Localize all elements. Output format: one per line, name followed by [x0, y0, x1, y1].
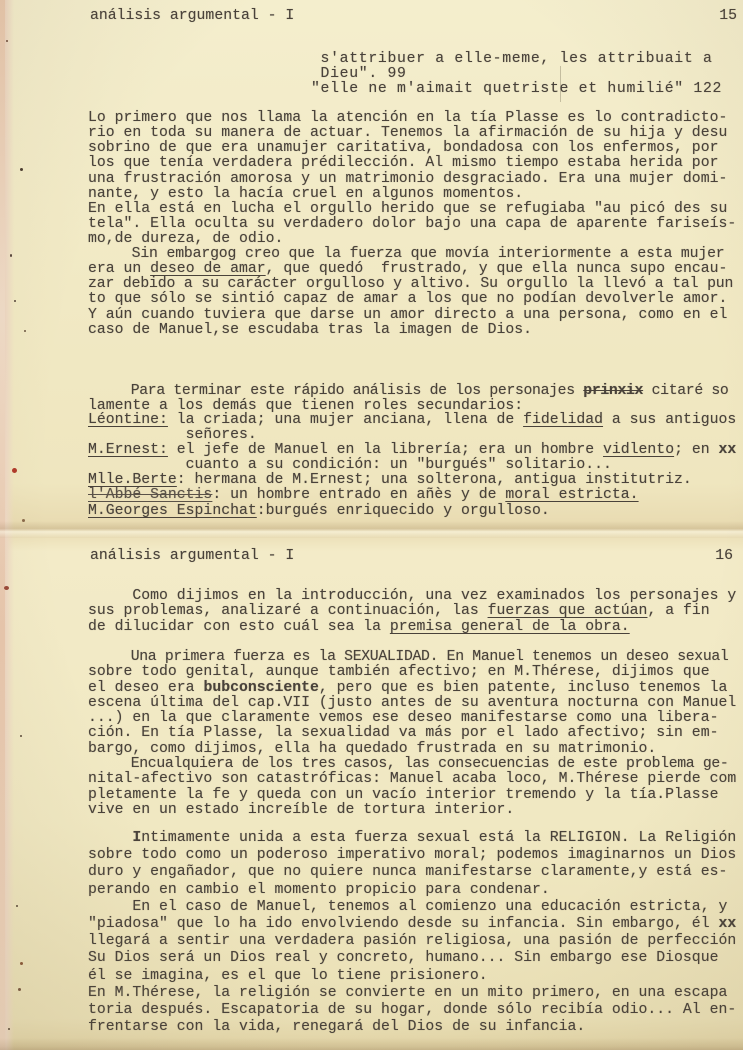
text-line: M.Georges Espinchat:burgués enriquecido …: [88, 504, 550, 519]
text-segment: [88, 830, 132, 846]
text-segment: sobrino de que era unamujer caritativa, …: [88, 140, 718, 156]
text-line: señores.: [88, 428, 736, 443]
text-segment: : un hombre entrado en añès y de: [212, 487, 505, 503]
text-segment: Sin embargog creo que la fuerza que moví…: [88, 246, 725, 262]
text-line: Una primera fuerza es la SEXUALIDAD. En …: [88, 650, 736, 665]
text-line: Intimamente unida a esta fuerza sexual e…: [88, 830, 736, 847]
text-line: "piadosa" que lo ha ido envolviendo desd…: [88, 916, 736, 933]
text-line: En M.Thérese, la religión se convierte e…: [88, 985, 736, 1002]
text-segment-u: fuerzas que actúan: [488, 603, 648, 619]
text-line: análisis argumental - I: [90, 548, 294, 564]
text-segment: toria después. Escapatoria de su hogar, …: [88, 1002, 736, 1018]
text-line: pletamente la fe y queda con un vacío in…: [88, 788, 736, 803]
text-segment: rio en toda su manera de actuar. Tenemos…: [88, 125, 727, 141]
text-segment: la criada; una mujer anciana, llena de: [168, 412, 523, 428]
text-segment: to que sólo se sintió capaz de amar a lo…: [88, 291, 727, 307]
text-segment: Y aún cuando tuviera que darse un amor d…: [88, 307, 727, 323]
text-line: Sin embargog creo que la fuerza que moví…: [88, 247, 733, 262]
paper-speckle: [20, 735, 22, 737]
text-line: vive en un estado increíble de tortura i…: [88, 803, 736, 818]
text-segment: ntimamente unida a esta fuerza sexual es…: [141, 830, 736, 846]
para-personajes-secundarios: Para terminar este rápido análisis de lo…: [88, 384, 728, 414]
text-segment: frentarse con la vida, renegará del Dios…: [88, 1019, 585, 1035]
text-line: sus problemas, analizaré a continuación,…: [88, 604, 736, 619]
text-segment: pletamente la fe y queda con un vacío in…: [88, 787, 718, 803]
paper-speckle: [20, 962, 23, 965]
text-segment: a sus antiguos: [603, 412, 736, 428]
text-line: toria después. Escapatoria de su hogar, …: [88, 1002, 736, 1019]
paper-speckle: [24, 330, 26, 332]
text-segment: "elle ne m'aimait quetriste et humilié" …: [311, 81, 722, 97]
para-sexualidad: Una primera fuerza es la SEXUALIDAD. En …: [88, 650, 736, 818]
text-segment-b: xx: [718, 916, 736, 932]
text-segment-u: vidlento: [603, 442, 674, 458]
text-line: l'Abbé Sanctis: un hombre entrado en añè…: [88, 488, 736, 503]
paper-speckle: [4, 586, 9, 590]
text-segment: En ella está en lucha el orgullo herido …: [88, 201, 727, 217]
text-segment: En el caso de Manuel, tenemos al comienz…: [88, 899, 727, 915]
text-segment: nital-afectivo son catastróficas: Manuel…: [88, 771, 736, 787]
text-line: En el caso de Manuel, tenemos al comienz…: [88, 899, 736, 916]
paper-speckle: [10, 254, 12, 257]
text-line: él se imagina, es el que lo tiene prisio…: [88, 968, 736, 985]
text-segment: zar debido a su carácter orgulloso y alt…: [88, 276, 733, 292]
text-segment: sus problemas, analizaré a continuación,…: [88, 603, 488, 619]
text-line: nital-afectivo son catastróficas: Manuel…: [88, 772, 736, 787]
text-line: escena última del cap.VII (justo antes d…: [88, 696, 736, 711]
text-line: de dilucidar con esto cuál sea la premis…: [88, 620, 736, 635]
text-segment: "piadosa" que lo ha ido envolviendo desd…: [88, 916, 718, 932]
text-segment: citaré so: [643, 383, 728, 399]
text-segment: Su Dios será un Dios real y concreto, hu…: [88, 950, 718, 966]
text-segment: análisis argumental - I: [90, 548, 294, 564]
text-line: duro y engañador, que no quiere nunca ma…: [88, 864, 736, 881]
para-religion: Intimamente unida a esta fuerza sexual e…: [88, 830, 736, 1036]
text-segment: una frustración amorosa y un matrimonio …: [88, 171, 727, 187]
text-segment: :burgués enriquecido y orgulloso.: [257, 503, 550, 519]
text-segment: tela". Ella oculta su verdadero dolor ba…: [88, 216, 736, 232]
line-georges-espinchat: M.Georges Espinchat:burgués enriquecido …: [88, 504, 550, 519]
text-segment-b: bubconsciente: [203, 680, 318, 696]
page-fold-crease: [0, 521, 743, 538]
text-line: "elle ne m'aimait quetriste et humilié" …: [311, 82, 722, 97]
paper-speckle: [16, 905, 18, 907]
text-line: Lo primero que nos llama la atención en …: [88, 111, 736, 126]
text-segment: era un: [88, 261, 150, 277]
paper-speckle: [12, 468, 17, 473]
text-segment: ción. En tía Plasse, la sexualidad va má…: [88, 725, 718, 741]
text-segment-us: l'Abbé Sanctis: [88, 487, 212, 503]
text-line: perando en cambio el momento propicio pa…: [88, 882, 736, 899]
text-line: 15: [719, 8, 737, 24]
text-line: caso de Manuel,se escudaba tras la image…: [88, 323, 733, 338]
text-segment-u: premisa general de la obra.: [390, 619, 630, 635]
text-segment: Encualquiera de los tres casos, las cons…: [88, 756, 728, 772]
page15-quote: s'attribuer a elle-meme, les attribuait …: [311, 52, 722, 98]
text-segment: bargo, como dijimos, ella ha quedado fru…: [88, 741, 656, 757]
text-segment: perando en cambio el momento propicio pa…: [88, 882, 550, 898]
text-segment: de dilucidar con esto cuál sea la: [88, 619, 390, 635]
text-segment-u: M.Georges Espinchat: [88, 503, 257, 519]
text-line: tela". Ella oculta su verdadero dolor ba…: [88, 217, 736, 232]
text-segment: análisis argumental - I: [90, 8, 294, 24]
text-line: Su Dios será un Dios real y concreto, hu…: [88, 950, 736, 967]
page16-number: 16: [715, 548, 733, 564]
text-segment: ...) en la que claramente vemos ese dese…: [88, 710, 718, 726]
text-segment-u: Mlle.Berte: [88, 472, 177, 488]
text-segment: cuanto a su condición: un "burgués" soli…: [88, 457, 612, 473]
text-segment-b: I: [132, 830, 141, 846]
text-line: bargo, como dijimos, ella ha quedado fru…: [88, 742, 736, 757]
text-segment: él se imagina, es el que lo tiene prisio…: [88, 968, 488, 984]
text-segment-b: xx: [718, 442, 736, 458]
text-segment: duro y engañador, que no quiere nunca ma…: [88, 864, 727, 880]
text-segment-u: moral estricta.: [505, 487, 638, 503]
text-segment: sobre todo genital, aunque también afect…: [88, 664, 710, 680]
document-scan: análisis argumental - I15 s'attribuer a …: [0, 0, 743, 1050]
text-segment-u: Léontine:: [88, 412, 168, 428]
text-segment-u: M.Ernest:: [88, 442, 168, 458]
text-segment: , a fin: [647, 603, 709, 619]
text-line: s'attribuer a elle-meme, les attribuait …: [311, 52, 722, 67]
text-segment: el jefe de Manuel en la librería; era un…: [168, 442, 603, 458]
text-line: nante, y esto la hacía cruel en algunos …: [88, 187, 736, 202]
text-segment: : hermana de M.Ernest; una solterona, an…: [177, 472, 692, 488]
text-segment: mo,de dureza, de odio.: [88, 231, 283, 247]
paper-speckle: [20, 168, 23, 171]
paper-speckle: [18, 988, 21, 991]
text-line: frentarse con la vida, renegará del Dios…: [88, 1019, 736, 1036]
text-line: llegará a sentir una verdadera pasión re…: [88, 933, 736, 950]
text-segment: ; en: [674, 442, 718, 458]
text-segment: vive en un estado increíble de tortura i…: [88, 802, 514, 818]
para-fuerzas: Como dijimos en la introducción, una vez…: [88, 589, 736, 635]
page16-header: análisis argumental - I: [90, 548, 294, 564]
text-line: el deseo era bubconsciente, pero que es …: [88, 681, 736, 696]
text-segment: caso de Manuel,se escudaba tras la image…: [88, 322, 532, 338]
para-tia-plasse: Lo primero que nos llama la atención en …: [88, 111, 736, 247]
text-segment: En M.Thérese, la religión se convierte e…: [88, 985, 727, 1001]
page15-number: 15: [719, 8, 737, 24]
text-segment: Para terminar este rápido análisis de lo…: [88, 383, 583, 399]
text-segment-bx: prinxix: [583, 383, 643, 399]
paper-speckle: [6, 40, 8, 42]
text-segment: nante, y esto la hacía cruel en algunos …: [88, 186, 523, 202]
text-segment: los que tenía verdadera prédilección. Al…: [88, 155, 718, 171]
text-line: ción. En tía Plasse, la sexualidad va má…: [88, 726, 736, 741]
text-segment: Lo primero que nos llama la atención en …: [88, 110, 727, 126]
text-segment: s'attribuer a elle-meme, les attribuait …: [311, 51, 713, 67]
paper-speckle: [22, 519, 25, 522]
text-segment: 15: [719, 8, 737, 24]
text-line: to que sólo se sintió capaz de amar a lo…: [88, 292, 733, 307]
text-segment: sobre todo como un poderoso imperativo m…: [88, 847, 736, 863]
page15-header: análisis argumental - I: [90, 8, 294, 24]
paper-speckle: [14, 300, 16, 302]
text-segment-u: fidelidad: [523, 412, 603, 428]
bottom-edge-shadow: [0, 1038, 743, 1050]
text-segment: llegará a sentir una verdadera pasión re…: [88, 933, 736, 949]
text-line: sobre todo como un poderoso imperativo m…: [88, 847, 736, 864]
text-line: los que tenía verdadera prédilección. Al…: [88, 156, 736, 171]
text-segment: el deseo era: [88, 680, 203, 696]
text-segment: Una primera fuerza es la SEXUALIDAD. En …: [88, 649, 728, 665]
text-line: Y aún cuando tuviera que darse un amor d…: [88, 308, 733, 323]
text-line: sobre todo genital, aunque también afect…: [88, 665, 736, 680]
text-line: En ella está en lucha el orgullo herido …: [88, 202, 736, 217]
paper-speckle: [8, 1028, 10, 1030]
text-segment: Como dijimos en la introducción, una vez…: [88, 588, 736, 604]
text-segment: Dieu". 99: [311, 66, 407, 82]
list-personajes: Léontine: la criada; una mujer anciana, …: [88, 413, 736, 504]
text-segment: escena última del cap.VII (justo antes d…: [88, 695, 736, 711]
text-segment: , pero que es bien patente, incluso tene…: [319, 680, 727, 696]
text-segment-u: deseo de amar: [150, 261, 265, 277]
text-line: análisis argumental - I: [90, 8, 294, 24]
text-line: Léontine: la criada; una mujer anciana, …: [88, 413, 736, 428]
text-segment: 16: [715, 548, 733, 564]
text-line: Para terminar este rápido análisis de lo…: [88, 384, 728, 399]
text-segment: señores.: [88, 427, 257, 443]
text-line: 16: [715, 548, 733, 564]
para-deseo-de-amar: Sin embargog creo que la fuerza que moví…: [88, 247, 733, 338]
text-segment: , que quedó frustrado, y que ella nunca …: [266, 261, 728, 277]
text-line: una frustración amorosa y un matrimonio …: [88, 172, 736, 187]
